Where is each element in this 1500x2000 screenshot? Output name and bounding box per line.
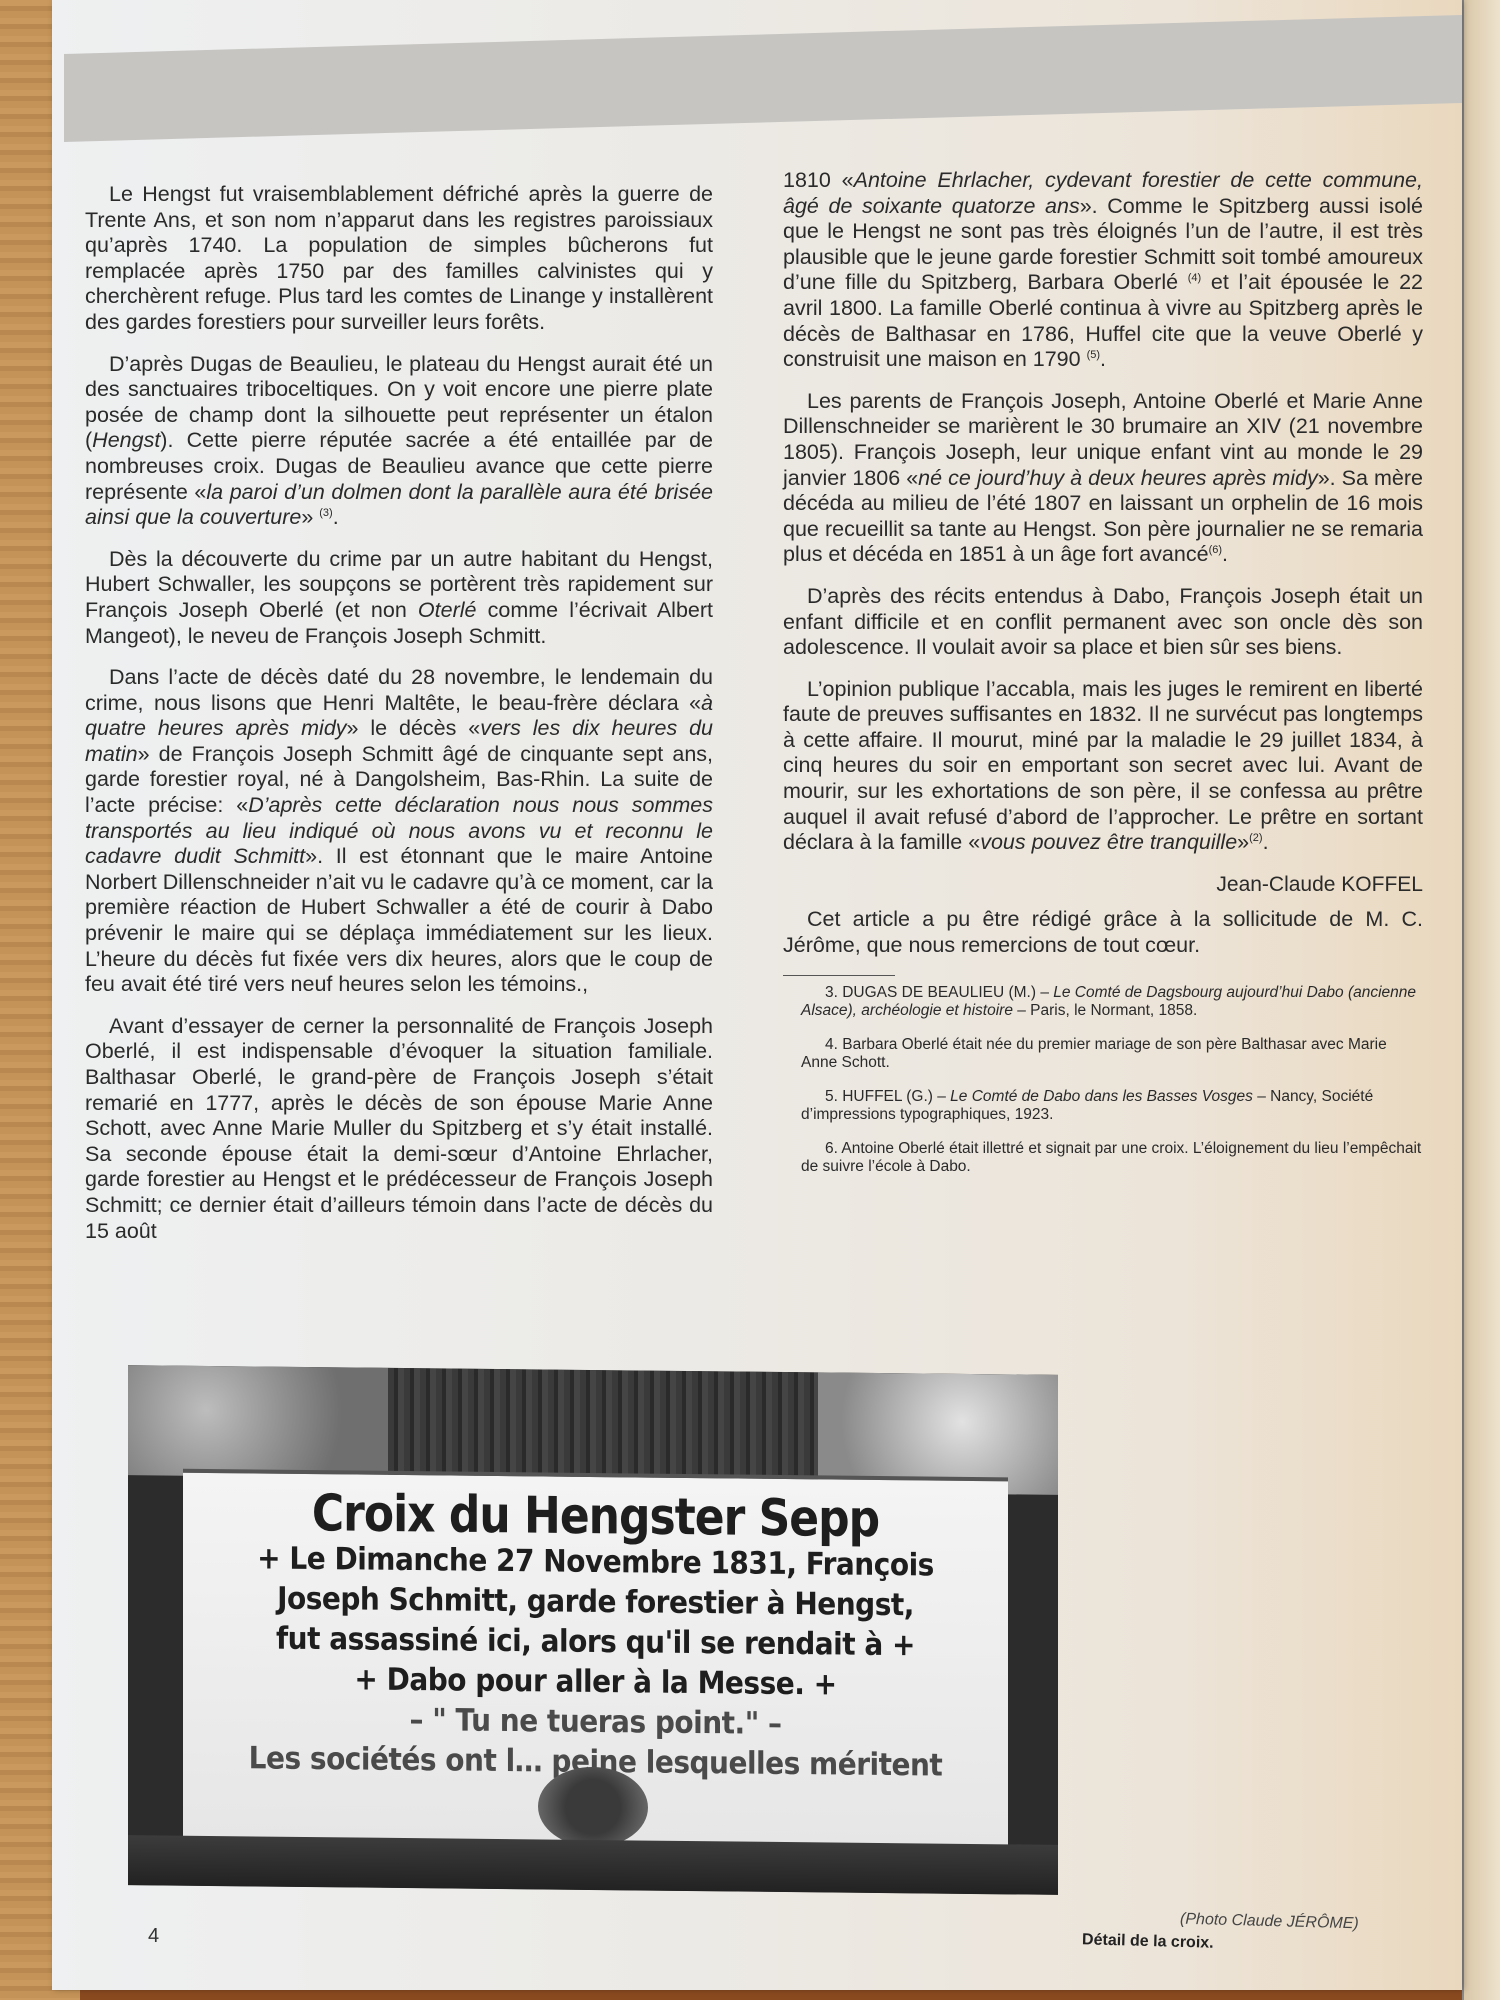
paragraph: Avant d’essayer de cerner la personnalit… (85, 1014, 713, 1244)
footnote-divider (783, 975, 895, 976)
author-signature: Jean-Claude KOFFEL (783, 872, 1423, 898)
paragraph: 1810 «Antoine Ehrlacher, cydevant forest… (783, 168, 1423, 373)
paragraph: Dans l’acte de décès daté du 28 novembre… (85, 665, 713, 998)
paragraph: Le Hengst fut vraisemblablement défriché… (85, 182, 713, 336)
footnote: 4. Barbara Oberlé était née du premier m… (783, 1036, 1423, 1072)
acknowledgement: Cet article a pu être rédigé grâce à la … (783, 907, 1423, 958)
sign-stain (538, 1766, 648, 1847)
paragraph: Dès la découverte du crime par un autre … (85, 547, 713, 649)
paragraph: D’après des récits entendus à Dabo, Fran… (783, 584, 1423, 661)
photo-bottom-wood (128, 1835, 1058, 1895)
right-text-column: 1810 «Antoine Ehrlacher, cydevant forest… (783, 168, 1423, 1192)
footnote: 5. HUFFEL (G.) – Le Comté de Dabo dans l… (783, 1088, 1423, 1124)
header-gray-band (64, 15, 1462, 142)
photo-caption: Détail de la croix. (1082, 1931, 1214, 1952)
footnote: 6. Antoine Oberlé était illettré et sign… (783, 1140, 1423, 1176)
next-page-edge (1462, 0, 1500, 2000)
cross-sign-photo: Croix du Hengster Sepp + Le Dimanche 27 … (128, 1365, 1058, 1895)
photo-foliage-left (128, 1365, 388, 1478)
left-text-column: Le Hengst fut vraisemblablement défriché… (85, 182, 713, 1260)
paragraph: D’après Dugas de Beaulieu, le plateau du… (85, 352, 713, 531)
paragraph: Les parents de François Joseph, Antoine … (783, 389, 1423, 568)
memorial-sign: Croix du Hengster Sepp + Le Dimanche 27 … (183, 1469, 1008, 1852)
page-number: 4 (148, 1925, 159, 1948)
footnote: 3. DUGAS DE BEAULIEU (M.) – Le Comté de … (783, 984, 1423, 1020)
paragraph: L’opinion publique l’accabla, mais les j… (783, 677, 1423, 856)
